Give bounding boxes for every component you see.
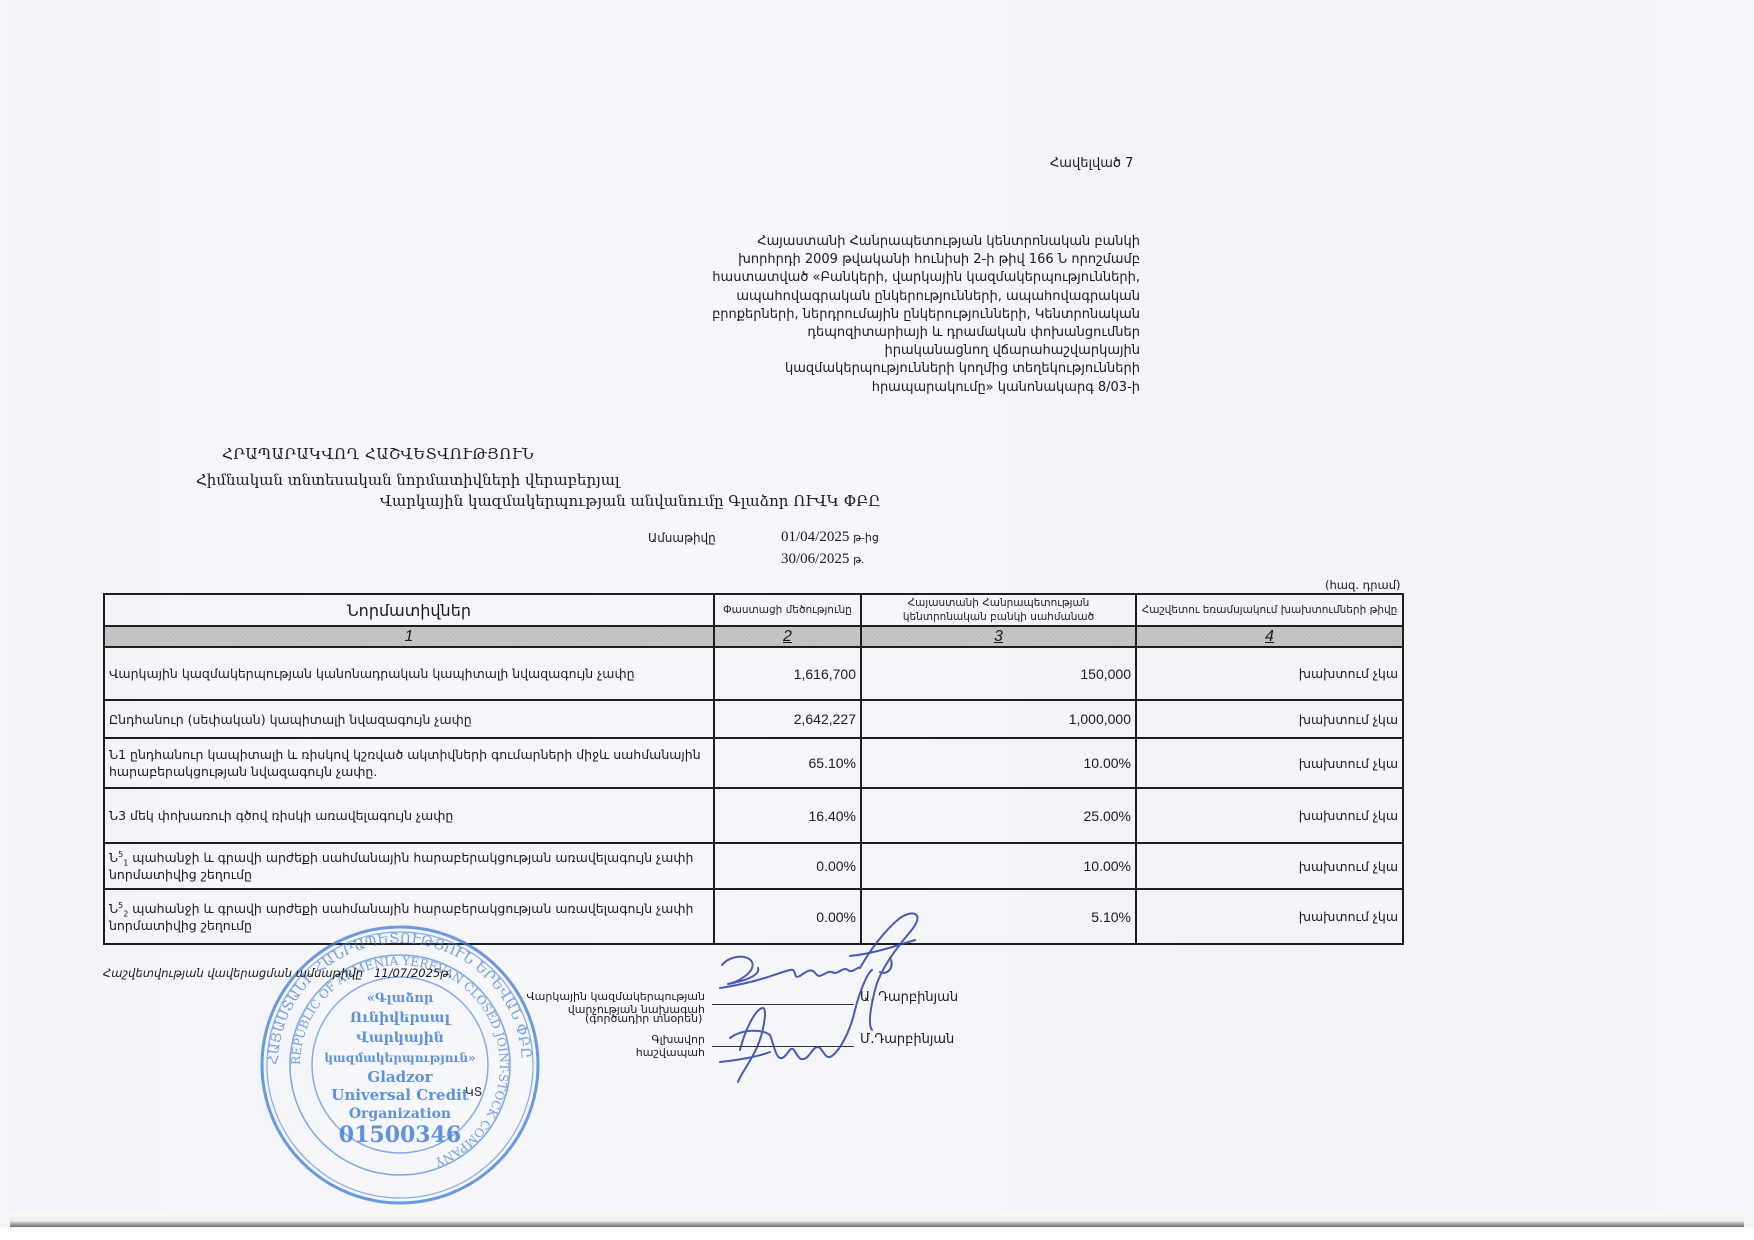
period-to-suffix: թ. — [853, 554, 864, 566]
table-header-row: Նորմատիվներ Փաստացի մեծությունը Հայաստան… — [104, 594, 1403, 626]
header-norms: Նորմատիվներ — [104, 594, 714, 626]
reference-line: ապահովագրական ընկերությունների, ապահովագ… — [700, 288, 1140, 306]
reference-line: խորհրդի 2009 թվականի հունիսի 2-ի թիվ 166… — [700, 251, 1140, 269]
cb-limit-value: 1,000,000 — [861, 700, 1136, 738]
period-from-suffix: թ-ից — [853, 532, 879, 544]
breach-count: խախտում չկա — [1136, 700, 1403, 738]
header-breaches: Հաշվետու եռամսյակում խախտումների թիվը — [1136, 594, 1403, 626]
stamp-line: Universal Credit — [331, 1086, 469, 1104]
table-row: Ն51 պահանջի և գրավի արժեքի սահմանային հա… — [104, 843, 1403, 889]
period-to-date: 30/06/2025 — [781, 551, 849, 567]
column-number: 2 — [714, 626, 861, 647]
report-title: ՀՐԱՊԱՐԱԿՎՈՂ ՀԱՇՎԵՏՎՈՒԹՅՈՒՆ — [222, 445, 534, 463]
stamp-mark: ԿՏ — [465, 1085, 482, 1099]
stamp-line: «Գլաձոր — [367, 991, 434, 1006]
reference-line: հաստատված «Բանկերի, վարկային կազմակերպու… — [700, 269, 1140, 287]
reference-line: կազմակերպությունների կողմից տեղեկություն… — [700, 360, 1140, 378]
norm-label: Ընդհանուր (սեփական) կապիտալի նվազագույն … — [104, 700, 714, 738]
actual-value: 1,616,700 — [714, 647, 861, 700]
actual-value: 65.10% — [714, 738, 861, 788]
column-number: 3 — [861, 626, 1136, 647]
reference-line: դեպոզիտարիայի և դրամական փոխանցումներ — [700, 324, 1140, 342]
table-row: Ն1 ընդհանուր կապիտալի և ռիսկով կշռված ակ… — [104, 738, 1403, 788]
breach-count: խախտում չկա — [1136, 647, 1403, 700]
official-stamp: ՀԱՅԱՍՏԱՆԻ ՀԱՆՐԱՊԵՏՈՒԹՅՈՒՆ ԵՐԵՎԱՆ ՓԲԸ REP… — [255, 920, 545, 1210]
appendix-number: Հավելված 7 — [1050, 156, 1133, 171]
norm-label: Ն1 ընդհանուր կապիտալի և ռիսկով կշռված ակ… — [104, 738, 714, 788]
approval-date: 11/07/2025թ. — [374, 966, 452, 980]
cb-limit-value: 150,000 — [861, 647, 1136, 700]
approval-date-line: Հաշվետվության վավերացման ամսաթիվը 11/07/… — [103, 966, 452, 980]
stamp-line: Վարկային — [356, 1030, 444, 1046]
stamp-line: Ունիվերսալ — [350, 1010, 452, 1026]
column-number-text: 3 — [994, 628, 1003, 645]
actual-value: 16.40% — [714, 788, 861, 843]
stamp-line: Organization — [349, 1106, 451, 1122]
column-number-text: 2 — [783, 628, 792, 645]
header-actual: Փաստացի մեծությունը — [714, 594, 861, 626]
reference-line: Հայաստանի Հանրապետության կենտրոնական բան… — [700, 233, 1140, 251]
norm-text: պահանջի և գրավի արժեքի սահմանային հարաբե… — [109, 850, 693, 882]
actual-value: 2,642,227 — [714, 700, 861, 738]
period-to: 30/06/2025 թ. — [781, 551, 864, 568]
actual-value: 0.00% — [714, 843, 861, 889]
column-number: 1 — [104, 626, 714, 647]
period-from-date: 01/04/2025 — [781, 529, 849, 545]
cb-limit-value: 10.00% — [861, 843, 1136, 889]
norm-label: Վարկային կազմակերպության կանոնադրական կա… — [104, 647, 714, 700]
column-number-text: 4 — [1265, 628, 1274, 645]
reference-line: իրականացնող վճարահաշվարկային — [700, 342, 1140, 360]
stamp-line: կազմակերպություն» — [324, 1051, 475, 1065]
norms-table: Նորմատիվներ Փաստացի մեծությունը Հայաստան… — [103, 593, 1404, 945]
header-cb-limit: Հայաստանի Հանրապետության կենտրոնական բան… — [861, 594, 1136, 626]
cb-limit-value: 25.00% — [861, 788, 1136, 843]
norm-label: Ն3 մեկ փոխառուի գծով ռիսկի առավելագույն … — [104, 788, 714, 843]
column-number: 4 — [1136, 626, 1403, 647]
currency-unit: (հազ. դրամ) — [1325, 578, 1400, 592]
column-number-text: 1 — [405, 628, 414, 645]
stamp-line: 01500346 — [339, 1122, 461, 1148]
table-row: Վարկային կազմակերպության կանոնադրական կա… — [104, 647, 1403, 700]
breach-count: խախտում չկա — [1136, 788, 1403, 843]
norm-code-sup: 5 — [118, 900, 123, 909]
handwritten-signatures — [700, 910, 960, 1090]
breach-count: խախտում չկա — [1136, 889, 1403, 944]
period-from: 01/04/2025 թ-ից — [781, 529, 879, 546]
table-row: Ն3 մեկ փոխառուի գծով ռիսկի առավելագույն … — [104, 788, 1403, 843]
stamp-line: Gladzor — [367, 1068, 433, 1086]
approval-label: Հաշվետվության վավերացման ամսաթիվը — [103, 966, 363, 980]
norm-code: Ն — [109, 850, 118, 865]
organization-name: Վարկային կազմակերպության անվանումը Գլաձո… — [380, 492, 881, 510]
scanner-background — [0, 1227, 1754, 1240]
norm-code-sup: 5 — [118, 850, 123, 859]
period-label: Ամսաթիվը — [648, 531, 716, 545]
reference-line: բրոքերների, ներդրումային ընկերություններ… — [700, 306, 1140, 324]
chairman-subtitle: (գործադիր տնօրեն) — [585, 1012, 702, 1025]
norm-label: Ն51 պահանջի և գրավի արժեքի սահմանային հա… — [104, 843, 714, 889]
column-number-row: 1 2 3 4 — [104, 626, 1403, 647]
breach-count: խախտում չկա — [1136, 738, 1403, 788]
table-row: Ընդհանուր (սեփական) կապիտալի նվազագույն … — [104, 700, 1403, 738]
norm-code: Ն — [109, 901, 118, 916]
page-edge — [10, 1213, 1744, 1227]
cb-limit-value: 10.00% — [861, 738, 1136, 788]
regulation-reference: Հայաստանի Հանրապետության կենտրոնական բան… — [700, 233, 1140, 397]
breach-count: խախտում չկա — [1136, 843, 1403, 889]
report-subtitle: Հիմնական տնտեսական նորմատիվների վերաբերյ… — [196, 471, 620, 489]
chief-accountant-title: Գլխավոր հաշվապահ — [585, 1033, 705, 1059]
reference-line: հրապարակումը» կանոնակարգ 8/03-ի — [700, 379, 1140, 397]
